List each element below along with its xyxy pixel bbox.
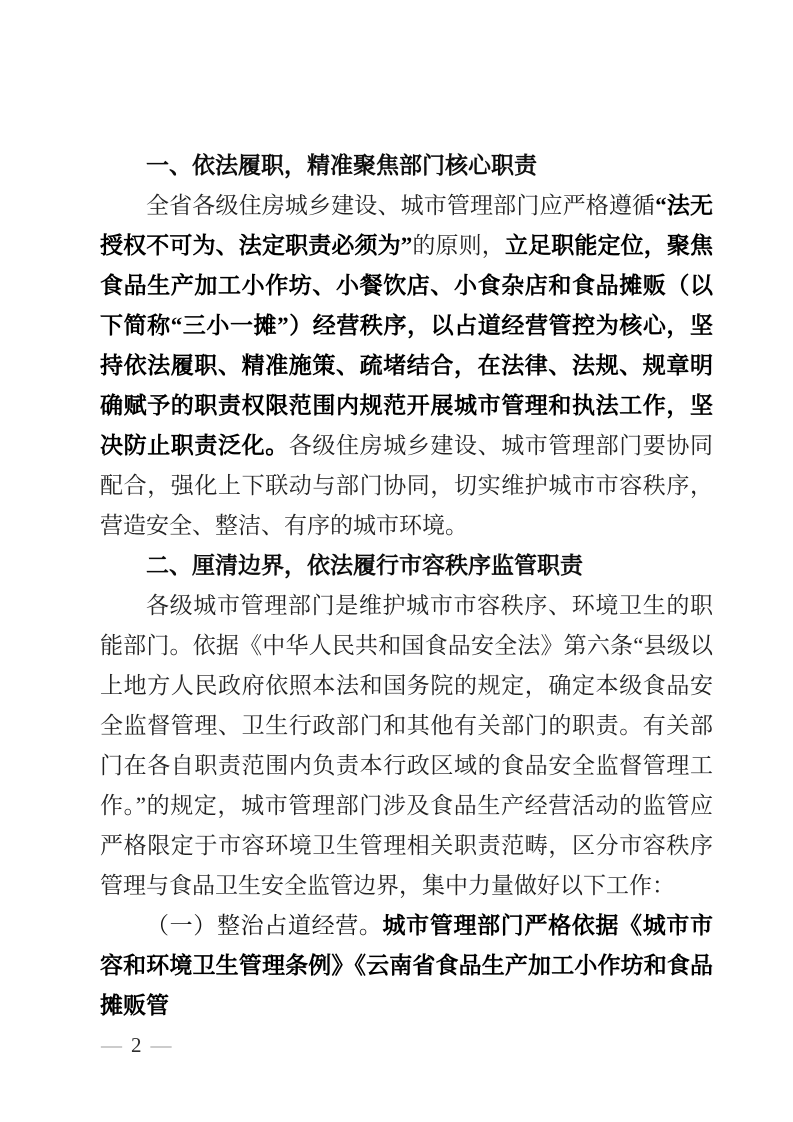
paragraph: （一）整治占道经营。城市管理部门严格依据《城市市容和环境卫生管理条例》《云南省食… bbox=[100, 906, 713, 1026]
paragraph: 全省各级住房城乡建设、城市管理部门应严格遵循“法无授权不可为、法定职责必须为”的… bbox=[100, 186, 713, 546]
section-heading: 二、厘清边界，依法履行市容秩序监管职责 bbox=[100, 546, 713, 586]
page-number: —2— bbox=[101, 1030, 172, 1060]
document-body: 一、依法履职，精准聚焦部门核心职责全省各级住房城乡建设、城市管理部门应严格遵循“… bbox=[100, 146, 713, 1026]
text-run-kai: （一）整治占道经营。 bbox=[146, 913, 383, 938]
page-number-dash-left: — bbox=[101, 1033, 122, 1057]
section-heading: 一、依法履职，精准聚焦部门核心职责 bbox=[100, 146, 713, 186]
paragraph: 各级城市管理部门是维护城市市容秩序、环境卫生的职能部门。依据《中华人民共和国食品… bbox=[100, 586, 713, 906]
page-number-value: 2 bbox=[122, 1033, 151, 1057]
text-run-normal: 全省各级住房城乡建设、城市管理部门应严格遵循 bbox=[146, 193, 655, 218]
text-run-bold: 立足职能定位，聚焦食品生产加工小作坊、小餐饮店、小食杂店和食品摊贩（以下简称“三… bbox=[100, 233, 713, 458]
page-number-dash-right: — bbox=[151, 1033, 172, 1057]
document-page: 一、依法履职，精准聚焦部门核心职责全省各级住房城乡建设、城市管理部门应严格遵循“… bbox=[0, 0, 793, 1122]
text-run-normal: 的原则， bbox=[412, 233, 505, 258]
text-run-normal: 各级城市管理部门是维护城市市容秩序、环境卫生的职能部门。依据《中华人民共和国食品… bbox=[100, 593, 713, 898]
